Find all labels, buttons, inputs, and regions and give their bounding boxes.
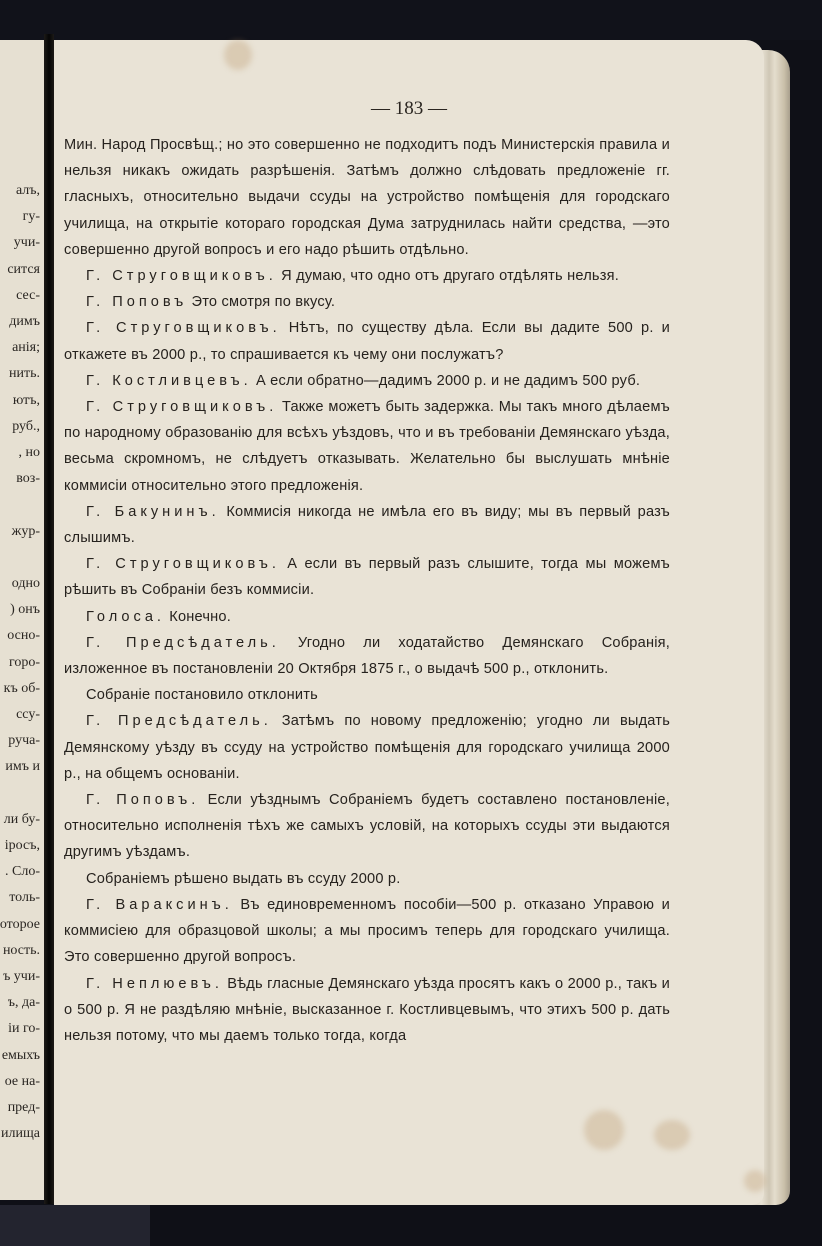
left-page-line-fragment: ъ учи- — [3, 969, 40, 985]
paragraph: Г. Поповъ Это смотря по вкусу. — [64, 289, 670, 315]
paragraph: Мин. Народ Просвѣщ.; но это совершенно н… — [64, 132, 670, 263]
speaker-name: Г. Струговщиковъ. — [86, 556, 280, 572]
paragraph: Г. Бакунинъ. Коммисія никогда не имѣла е… — [64, 499, 670, 551]
speaker-name: Г. Струговщиковъ. — [86, 399, 277, 415]
left-page-line-fragment: ютъ, — [13, 393, 40, 409]
left-page-line-fragment: алъ, — [16, 183, 40, 199]
left-page-line-fragment: воз- — [16, 471, 40, 487]
left-page-line-fragment: іросъ, — [5, 838, 40, 854]
left-page-line-fragment: ъ, да- — [8, 995, 40, 1011]
paragraph: Г. Вараксинъ. Въ единовременномъ пособіи… — [64, 892, 670, 971]
speaker-name: Г. Поповъ. — [86, 792, 199, 808]
paragraph-text: Собраніе постановило отклонить — [86, 687, 318, 703]
book-gutter — [44, 34, 54, 1204]
left-page-line-fragment: , но — [19, 445, 41, 461]
left-page-line-fragment: емыхъ — [2, 1048, 40, 1064]
speaker-name: Г. Вараксинъ. — [86, 897, 233, 913]
paragraph-text: Собраніемъ рѣшено выдать въ ссуду 2000 р… — [86, 871, 401, 887]
left-page-line-fragment: пред- — [8, 1100, 40, 1116]
page-body-text: Мин. Народ Просвѣщ.; но это совершенно н… — [64, 132, 670, 1049]
speaker-name: Г. Струговщиковъ. — [86, 268, 277, 284]
paragraph: Г. Неплюевъ. Вѣдь гласные Демянскаго уѣз… — [64, 971, 670, 1050]
left-page-line-fragment: . Сло- — [5, 864, 40, 880]
left-page-line-fragment: оторое — [0, 917, 40, 933]
left-page-line-fragment: одно — [12, 576, 40, 592]
paragraph: Г. Струговщиковъ. А если въ первый разъ … — [64, 551, 670, 603]
paper-stain — [224, 40, 252, 70]
left-page-line-fragment: ое на- — [5, 1074, 40, 1090]
paragraph-text: А если обратно—дадимъ 2000 р. и не дадим… — [256, 373, 640, 389]
paragraph: Г. Предсѣдатель. Угодно ли ходатайство Д… — [64, 630, 670, 682]
paragraph: Г. Струговщиковъ. Также можетъ быть заде… — [64, 394, 670, 499]
left-page-line-fragment: илища — [1, 1126, 40, 1142]
paragraph: Г. Струговщиковъ. Нѣтъ, по существу дѣла… — [64, 315, 670, 367]
left-page-fragment: алъ,гу-учи-ситсясес-димъанія;нить.ютъ,ру… — [0, 40, 44, 1200]
paragraph-text: Конечно. — [169, 609, 231, 625]
left-page-line-fragment: осно- — [7, 628, 40, 644]
left-page-line-fragment: ) онъ — [10, 602, 40, 618]
left-page-line-fragment: имъ и — [5, 759, 40, 775]
left-page-line-fragment: гу- — [23, 209, 40, 225]
paragraph: Г. Костливцевъ. А если обратно—дадимъ 20… — [64, 368, 670, 394]
page-number: — 183 — — [54, 98, 764, 120]
paragraph: Г. Предсѣдатель. Затѣмъ по новому предло… — [64, 708, 670, 787]
left-page-line-fragment: толь- — [9, 890, 40, 906]
speaker-name: Г. Бакунинъ. — [86, 504, 220, 520]
left-page-line-fragment: ссу- — [16, 707, 40, 723]
left-page-line-fragment: руб., — [12, 419, 40, 435]
scan-background-top — [0, 0, 822, 40]
paragraph-text: Мин. Народ Просвѣщ.; но это совершенно н… — [64, 137, 670, 258]
paragraph: Собраніе постановило отклонить — [64, 682, 670, 708]
speaker-name: Г. Струговщиковъ. — [86, 320, 281, 336]
speaker-name: Г. Предсѣдатель. — [86, 635, 280, 651]
paragraph: Собраніемъ рѣшено выдать въ ссуду 2000 р… — [64, 866, 670, 892]
paragraph-text: Я думаю, что одно отъ другаго отдѣлять н… — [281, 268, 619, 284]
paragraph-text: Это смотря по вкусу. — [192, 294, 336, 310]
speaker-name: Г. Неплюевъ. — [86, 976, 223, 992]
left-page-line-fragment: жур- — [12, 524, 40, 540]
left-page-line-fragment: къ об- — [4, 681, 40, 697]
left-page-line-fragment: димъ — [9, 314, 40, 330]
paragraph: Г. Струговщиковъ. Я думаю, что одно отъ … — [64, 263, 670, 289]
scan-background-bottom — [0, 1205, 150, 1246]
left-page-line-fragment: сес- — [16, 288, 40, 304]
paragraph: Голоса. Конечно. — [64, 604, 670, 630]
left-page-line-fragment: сится — [7, 262, 40, 278]
speaker-name: Голоса. — [86, 609, 165, 625]
left-page-line-fragment: руча- — [8, 733, 40, 749]
left-page-line-fragment: учи- — [14, 235, 40, 251]
paragraph: Г. Поповъ. Если уѣзднымъ Собраніемъ буде… — [64, 787, 670, 866]
speaker-name: Г. Костливцевъ. — [86, 373, 252, 389]
left-page-line-fragment: іи го- — [8, 1021, 40, 1037]
paper-stain — [654, 1120, 690, 1150]
paper-stain — [584, 1110, 624, 1150]
left-page-line-fragment: горо- — [9, 655, 40, 671]
left-page-line-fragment: анія; — [12, 340, 40, 356]
speaker-name: Г. Предсѣдатель. — [86, 713, 272, 729]
left-page-line-fragment: ность. — [3, 943, 40, 959]
speaker-name: Г. Поповъ — [86, 294, 187, 310]
left-page-line-fragment: ли бу- — [4, 812, 40, 828]
paper-stain — [744, 1170, 766, 1192]
left-page-line-fragment: нить. — [9, 366, 40, 382]
right-page: — 183 — Мин. Народ Просвѣщ.; но это сове… — [54, 40, 764, 1205]
